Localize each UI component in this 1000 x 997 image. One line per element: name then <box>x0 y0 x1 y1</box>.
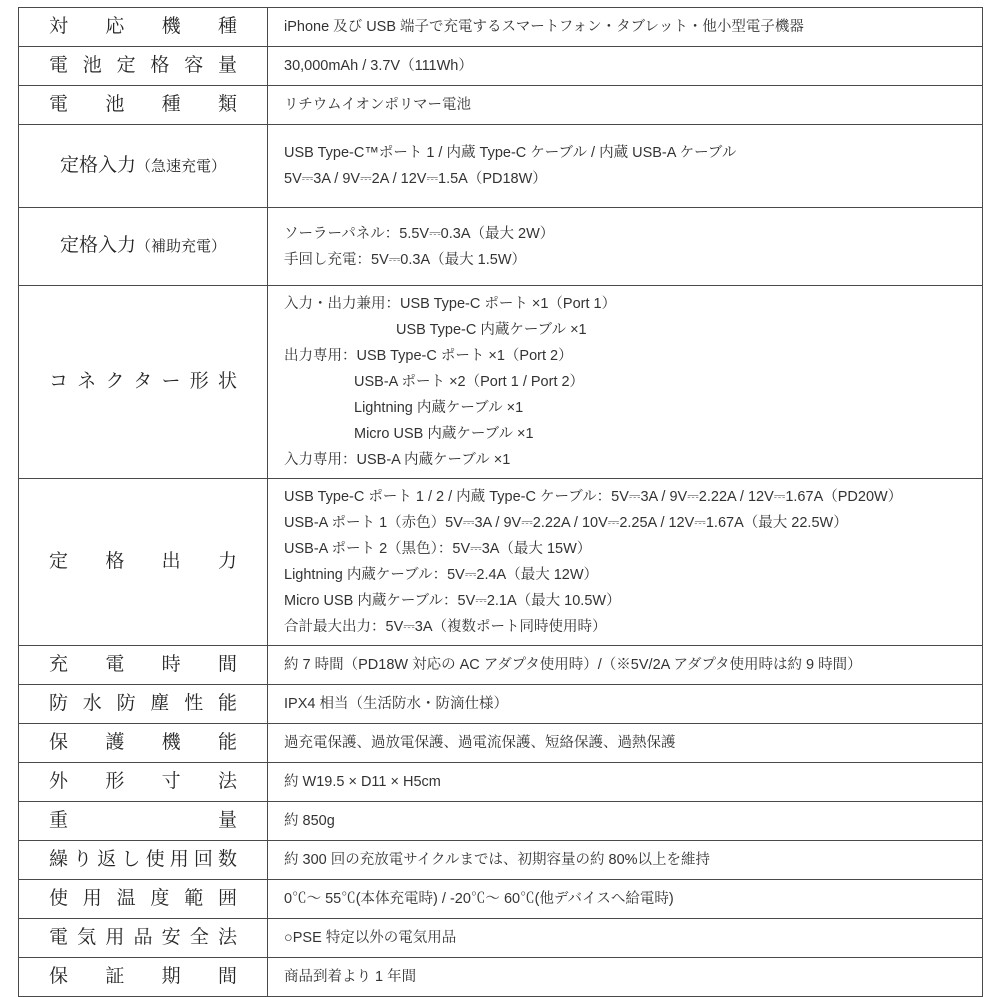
spec-value-line: 約 W19.5 × D11 × H5cm <box>284 772 966 792</box>
spec-row-battery-capacity: 電池定格容量 30,000mAh / 3.7V（111Wh） <box>19 47 983 86</box>
spec-label: 定格入力（急速充電） <box>49 155 237 178</box>
spec-label: 充電時間 <box>49 654 237 677</box>
spec-value-cell: USB Type-C™ポート 1 / 内蔵 Type-C ケーブル / 内蔵 U… <box>268 125 983 208</box>
spec-row-temperature-range: 使用温度範囲 0℃～ 55℃(本体充電時) / -20℃～ 60℃(他デバイスへ… <box>19 880 983 919</box>
spec-row-weight: 重量 約 850g <box>19 802 983 841</box>
spec-label: コネクター形状 <box>49 371 237 394</box>
spec-value-cell: 入力・出力兼用：USB Type-C ポート ×1（Port 1） USB Ty… <box>268 286 983 479</box>
spec-value-cell: 約 7 時間（PD18W 対応の AC アダプタ使用時）/（※5V/2A アダプ… <box>268 646 983 685</box>
spec-value-line: 30,000mAh / 3.7V（111Wh） <box>284 56 966 76</box>
spec-label: 電池定格容量 <box>49 55 237 78</box>
spec-label-cell: 繰り返し使用回数 <box>19 841 268 880</box>
spec-label: 外形寸法 <box>49 771 237 794</box>
spec-label-main: 定格入力 <box>60 155 136 176</box>
spec-label: 保護機能 <box>49 732 237 755</box>
spec-label-cell: 防水防塵性能 <box>19 685 268 724</box>
spec-label: 電池種類 <box>49 94 237 117</box>
spec-value-line: Micro USB 内蔵ケーブル：5V⎓2.1A（最大 10.5W） <box>284 588 966 614</box>
spec-label: 電気用品安全法 <box>49 927 237 950</box>
spec-value-line: 入力・出力兼用：USB Type-C ポート ×1（Port 1） <box>284 291 966 317</box>
spec-row-warranty: 保証期間 商品到着より 1 年間 <box>19 958 983 997</box>
spec-value-line: USB Type-C™ポート 1 / 内蔵 Type-C ケーブル / 内蔵 U… <box>284 140 966 166</box>
spec-row-protection: 保護機能 過充電保護、過放電保護、過電流保護、短絡保護、過熱保護 <box>19 724 983 763</box>
spec-label-cell: 充電時間 <box>19 646 268 685</box>
spec-value-cell: リチウムイオンポリマー電池 <box>268 86 983 125</box>
spec-value-cell: 30,000mAh / 3.7V（111Wh） <box>268 47 983 86</box>
spec-value-cell: ○PSE 特定以外の電気用品 <box>268 919 983 958</box>
spec-row-dimensions: 外形寸法 約 W19.5 × D11 × H5cm <box>19 763 983 802</box>
spec-label-cell: 重量 <box>19 802 268 841</box>
spec-row-compatible-devices: 対応機種 iPhone 及び USB 端子で充電するスマートフォン・タブレット・… <box>19 8 983 47</box>
spec-value-line: 0℃～ 55℃(本体充電時) / -20℃～ 60℃(他デバイスへ給電時) <box>284 889 966 909</box>
spec-value-cell: 約 850g <box>268 802 983 841</box>
spec-value-line: 合計最大出力：5V⎓3A（複数ポート同時使用時） <box>284 614 966 640</box>
spec-value-line: USB-A ポート 2（黒色）：5V⎓3A（最大 15W） <box>284 536 966 562</box>
spec-value-line: Micro USB 内蔵ケーブル ×1 <box>284 421 966 447</box>
spec-label: 定格入力（補助充電） <box>49 235 237 258</box>
spec-value-line: USB Type-C 内蔵ケーブル ×1 <box>284 317 966 343</box>
spec-row-rated-input-fast: 定格入力（急速充電） USB Type-C™ポート 1 / 内蔵 Type-C … <box>19 125 983 208</box>
spec-value-cell: 約 W19.5 × D11 × H5cm <box>268 763 983 802</box>
spec-label-main: 定格入力 <box>60 235 136 256</box>
spec-value-line: Lightning 内蔵ケーブル：5V⎓2.4A（最大 12W） <box>284 562 966 588</box>
spec-value-line: ○PSE 特定以外の電気用品 <box>284 928 966 948</box>
spec-label: 保証期間 <box>49 966 237 989</box>
spec-label: 定格出力 <box>49 551 237 574</box>
spec-label-cell: 使用温度範囲 <box>19 880 268 919</box>
spec-label-cell: 対応機種 <box>19 8 268 47</box>
spec-label-cell: 定格出力 <box>19 479 268 646</box>
spec-row-waterproof: 防水防塵性能 IPX4 相当（生活防水・防滴仕様） <box>19 685 983 724</box>
spec-label-cell: 電池種類 <box>19 86 268 125</box>
spec-value-line: USB-A ポート 1（赤色）5V⎓3A / 9V⎓2.22A / 10V⎓2.… <box>284 510 966 536</box>
spec-label: 使用温度範囲 <box>49 888 237 911</box>
spec-value-cell: USB Type-C ポート 1 / 2 / 内蔵 Type-C ケーブル：5V… <box>268 479 983 646</box>
spec-label: 対応機種 <box>49 16 237 39</box>
spec-value-cell: IPX4 相当（生活防水・防滴仕様） <box>268 685 983 724</box>
spec-label-cell: 保護機能 <box>19 724 268 763</box>
spec-label-cell: 保証期間 <box>19 958 268 997</box>
spec-label: 繰り返し使用回数 <box>49 849 237 872</box>
spec-row-charge-time: 充電時間 約 7 時間（PD18W 対応の AC アダプタ使用時）/（※5V/2… <box>19 646 983 685</box>
spec-label-note: （急速充電） <box>136 158 226 175</box>
spec-value-line: 商品到着より 1 年間 <box>284 967 966 987</box>
spec-row-connector-shape: コネクター形状 入力・出力兼用：USB Type-C ポート ×1（Port 1… <box>19 286 983 479</box>
spec-row-electrical-safety-law: 電気用品安全法 ○PSE 特定以外の電気用品 <box>19 919 983 958</box>
spec-table: 対応機種 iPhone 及び USB 端子で充電するスマートフォン・タブレット・… <box>18 7 983 997</box>
spec-value-cell: 商品到着より 1 年間 <box>268 958 983 997</box>
spec-value-cell: ソーラーパネル：5.5V⎓0.3A（最大 2W） 手回し充電：5V⎓0.3A（最… <box>268 208 983 286</box>
spec-row-rated-input-aux: 定格入力（補助充電） ソーラーパネル：5.5V⎓0.3A（最大 2W） 手回し充… <box>19 208 983 286</box>
spec-value-line: 出力専用：USB Type-C ポート ×1（Port 2） <box>284 343 966 369</box>
spec-value-line: 入力専用：USB-A 内蔵ケーブル ×1 <box>284 447 966 473</box>
spec-label-cell: 外形寸法 <box>19 763 268 802</box>
spec-label-cell: 定格入力（補助充電） <box>19 208 268 286</box>
spec-value-line: USB-A ポート ×2（Port 1 / Port 2） <box>284 369 966 395</box>
spec-label-cell: コネクター形状 <box>19 286 268 479</box>
spec-value-line: 約 300 回の充放電サイクルまでは、初期容量の約 80%以上を維持 <box>284 850 966 870</box>
spec-value-line: 過充電保護、過放電保護、過電流保護、短絡保護、過熱保護 <box>284 733 966 753</box>
spec-value-line: IPX4 相当（生活防水・防滴仕様） <box>284 694 966 714</box>
spec-value-line: Lightning 内蔵ケーブル ×1 <box>284 395 966 421</box>
spec-label: 重量 <box>49 810 237 833</box>
page: 対応機種 iPhone 及び USB 端子で充電するスマートフォン・タブレット・… <box>0 0 1000 994</box>
spec-value-line: ソーラーパネル：5.5V⎓0.3A（最大 2W） <box>284 221 966 247</box>
spec-row-cycle-count: 繰り返し使用回数 約 300 回の充放電サイクルまでは、初期容量の約 80%以上… <box>19 841 983 880</box>
spec-value-cell: 過充電保護、過放電保護、過電流保護、短絡保護、過熱保護 <box>268 724 983 763</box>
spec-label: 防水防塵性能 <box>49 693 237 716</box>
spec-label-cell: 電池定格容量 <box>19 47 268 86</box>
spec-label-cell: 電気用品安全法 <box>19 919 268 958</box>
spec-row-rated-output: 定格出力 USB Type-C ポート 1 / 2 / 内蔵 Type-C ケー… <box>19 479 983 646</box>
spec-value-line: リチウムイオンポリマー電池 <box>284 95 966 115</box>
spec-label-note: （補助充電） <box>136 238 226 255</box>
spec-value-line: iPhone 及び USB 端子で充電するスマートフォン・タブレット・他小型電子… <box>284 17 966 37</box>
spec-value-line: 5V⎓3A / 9V⎓2A / 12V⎓1.5A（PD18W） <box>284 166 966 192</box>
spec-value-cell: 約 300 回の充放電サイクルまでは、初期容量の約 80%以上を維持 <box>268 841 983 880</box>
spec-row-battery-type: 電池種類 リチウムイオンポリマー電池 <box>19 86 983 125</box>
spec-value-line: 約 7 時間（PD18W 対応の AC アダプタ使用時）/（※5V/2A アダプ… <box>284 655 966 675</box>
spec-label-cell: 定格入力（急速充電） <box>19 125 268 208</box>
spec-value-line: 約 850g <box>284 811 966 831</box>
spec-value-cell: 0℃～ 55℃(本体充電時) / -20℃～ 60℃(他デバイスへ給電時) <box>268 880 983 919</box>
spec-value-line: 手回し充電：5V⎓0.3A（最大 1.5W） <box>284 247 966 273</box>
spec-value-cell: iPhone 及び USB 端子で充電するスマートフォン・タブレット・他小型電子… <box>268 8 983 47</box>
spec-value-line: USB Type-C ポート 1 / 2 / 内蔵 Type-C ケーブル：5V… <box>284 484 966 510</box>
